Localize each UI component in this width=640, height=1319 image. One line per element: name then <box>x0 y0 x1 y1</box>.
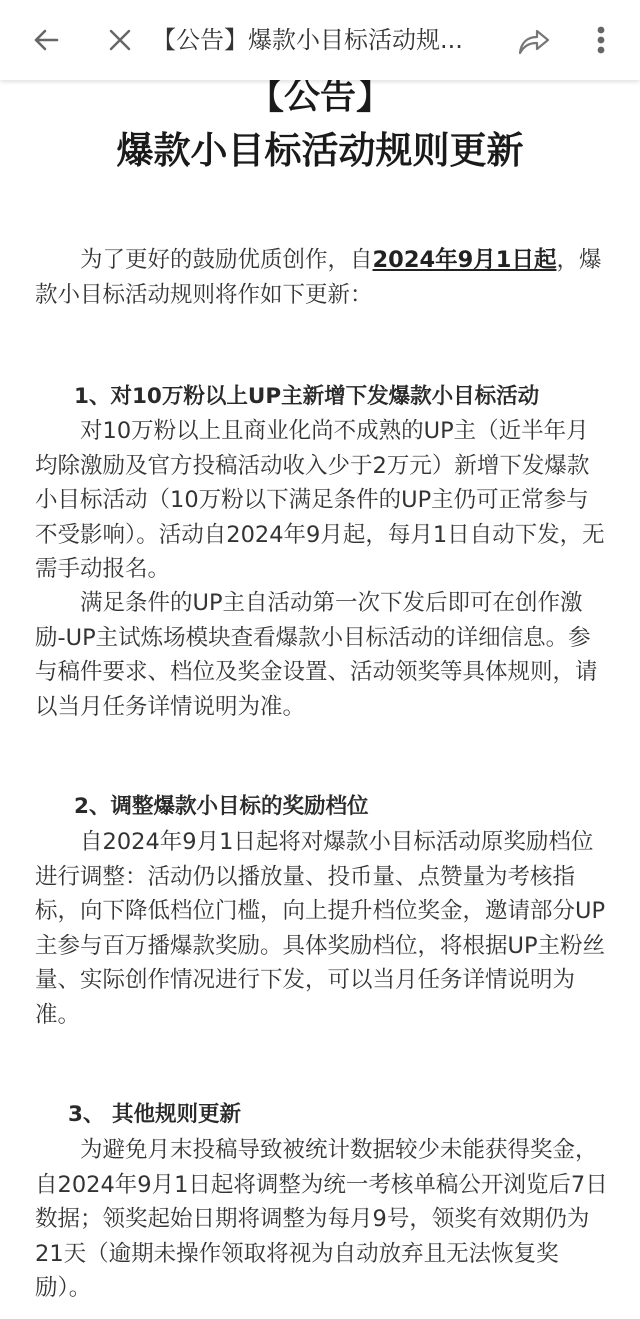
section-2-paragraph-1: 自2024年9月1日起将对爆款小目标活动原奖励档位进行调整：活动仍以播放量、投币… <box>35 825 610 1032</box>
section-3-paragraph-1: 为避免月末投稿导致被统计数据较少未能获得奖金，自2024年9月1日起将调整为统一… <box>35 1133 610 1306</box>
more-options-button[interactable] <box>577 16 625 64</box>
section-3-heading: 3、 其他规则更新 <box>68 1098 241 1132</box>
article-title-line2: 爆款小目标活动规则更新 <box>0 124 640 178</box>
close-button[interactable] <box>96 16 144 64</box>
top-app-bar: 【公告】爆款小目标活动规... <box>0 0 640 80</box>
section-1-paragraph-2: 满足条件的UP主自活动第一次下发后即可在创作激励-UP主试炼场模块查看爆款小目标… <box>35 586 610 724</box>
effective-date-highlight: 2024年9月1日起 <box>373 247 557 273</box>
intro-text-before: 为了更好的鼓励优质创作，自 <box>80 247 373 273</box>
share-icon <box>516 24 552 56</box>
section-2-heading: 2、调整爆款小目标的奖励档位 <box>74 790 368 824</box>
article-title-line1: 【公告】 <box>0 74 640 120</box>
section-1-heading: 1、对10万粉以上UP主新增下发爆款小目标活动 <box>74 380 539 414</box>
section-1-paragraph-1: 对10万粉以上且商业化尚不成熟的UP主（近半年月均除激励及官方投稿活动收入少于2… <box>35 414 610 587</box>
share-button[interactable] <box>510 16 558 64</box>
back-button[interactable] <box>22 16 70 64</box>
more-vertical-icon <box>595 24 607 56</box>
intro-paragraph: 为了更好的鼓励优质创作，自2024年9月1日起，爆款小目标活动规则将作如下更新： <box>35 243 610 312</box>
close-icon <box>106 26 134 54</box>
page-title: 【公告】爆款小目标活动规... <box>152 20 492 60</box>
arrow-left-icon <box>30 24 62 56</box>
